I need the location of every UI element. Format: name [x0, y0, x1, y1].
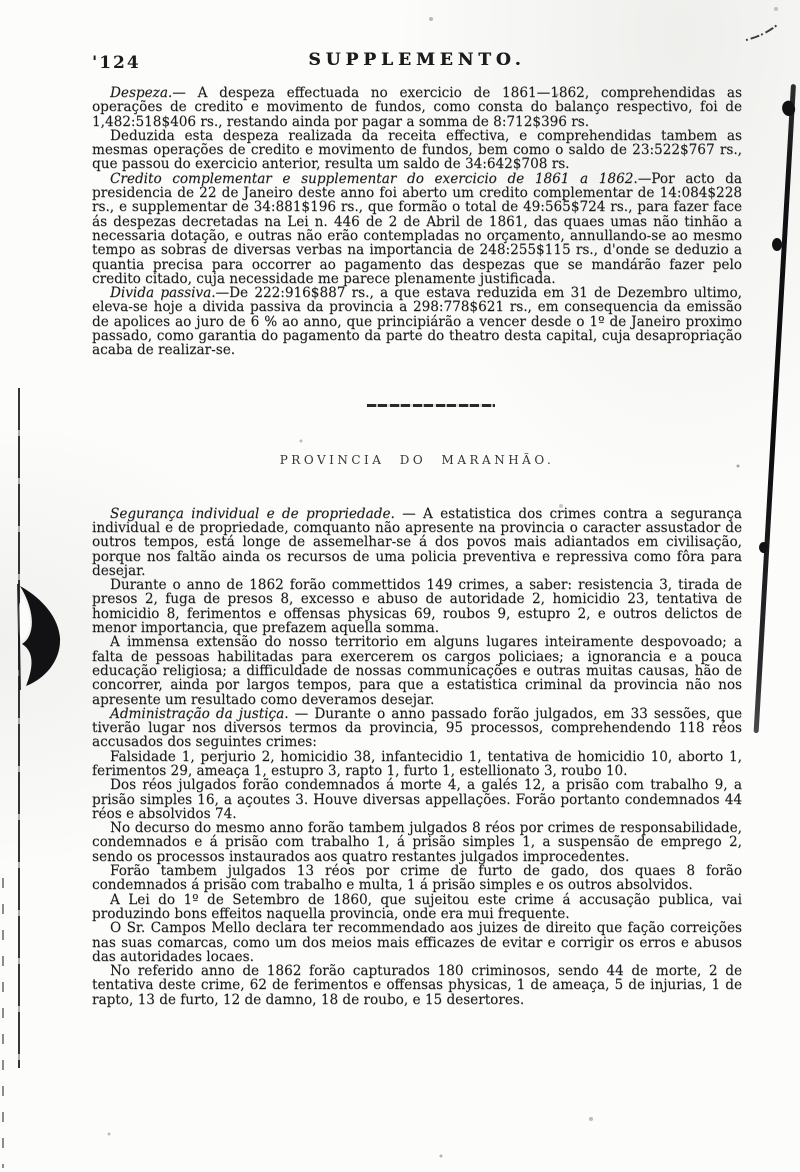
- paragraph-text: Por acto da presidencia de 22 de Janeiro…: [92, 171, 742, 287]
- paragraph-capturados: No referido anno de 1862 forão capturado…: [92, 964, 742, 1007]
- paragraph-despeza: Despeza.— A despeza effectuada no exerci…: [92, 86, 742, 129]
- pen-stroke-knot: [759, 542, 768, 553]
- paragraph-no-decurso: No decurso do mesmo anno forão tambem ju…: [92, 821, 742, 864]
- pen-stroke-knot: [772, 238, 782, 251]
- paragraph-durante-anno: Durante o anno de 1862 forão commettidos…: [92, 578, 742, 635]
- paragraph-text: Forão tambem julgados 13 réos por crime …: [92, 863, 742, 893]
- paragraph-campos-mello: O Sr. Campos Mello declara ter recommend…: [92, 921, 742, 964]
- paragraph-credito: Credito complementar e supplementar do e…: [92, 172, 742, 286]
- paragraph-text: Dos réos julgados forão condemnados á mo…: [92, 777, 742, 822]
- paper-speckles: [0, 0, 2, 2]
- page-header: 124 SUPPLEMENTO.: [92, 50, 742, 78]
- paragraph-text: No decurso do mesmo anno forão tambem ju…: [92, 820, 742, 865]
- section-divider: [367, 404, 495, 407]
- paragraph-deduzida: Deduzida esta despeza realizada da recei…: [92, 129, 742, 172]
- text-block: 124 SUPPLEMENTO. Despeza.— A despeza eff…: [92, 50, 742, 1007]
- paragraph-seguranca: Segurança individual e de propriedade. —…: [92, 507, 742, 578]
- paragraph-text: Deduzida esta despeza realizada da recei…: [92, 128, 742, 173]
- document-title: SUPPLEMENTO.: [92, 50, 742, 70]
- paragraph-falsidade: Falsidade 1, perjurio 2, homicidio 38, i…: [92, 750, 742, 779]
- scanned-page: 124 SUPPLEMENTO. Despeza.— A despeza eff…: [0, 0, 800, 1172]
- pen-stroke-mark: [754, 84, 796, 733]
- section-heading: PROVINCIA DO MARANHÃO.: [92, 453, 742, 467]
- page-number: 124: [92, 53, 141, 73]
- binding-fold-line: [18, 388, 20, 1068]
- paragraph-text: No referido anno de 1862 forão capturado…: [92, 963, 742, 1008]
- pen-stroke-knot: [779, 99, 798, 118]
- paragraph-administracao-justica: Administração da justiça. — Durante o an…: [92, 707, 742, 750]
- paragraph-text: Durante o anno de 1862 forão commettidos…: [92, 577, 742, 636]
- ink-blot: [4, 584, 64, 690]
- paragraph-text: Falsidade 1, perjurio 2, homicidio 38, i…: [92, 749, 742, 779]
- paragraph-immensa-extensao: A immensa extensão do nosso territorio e…: [92, 635, 742, 706]
- left-edge-marks: [2, 878, 4, 1168]
- corner-scratch-mark: [744, 22, 780, 48]
- paragraph-text: A Lei do 1º de Setembro de 1860, que suj…: [92, 892, 742, 922]
- paragraph-text: A immensa extensão do nosso territorio e…: [92, 634, 742, 707]
- paragraph-text: O Sr. Campos Mello declara ter recommend…: [92, 920, 742, 965]
- paragraph-dos-reos: Dos réos julgados forão condemnados á mo…: [92, 778, 742, 821]
- paragraph-furto-gado: Forão tambem julgados 13 réos por crime …: [92, 864, 742, 893]
- paragraph-lei-setembro: A Lei do 1º de Setembro de 1860, que suj…: [92, 893, 742, 922]
- paragraph-divida-passiva: Divida passiva.—De 222:916$887 rs., a qu…: [92, 286, 742, 357]
